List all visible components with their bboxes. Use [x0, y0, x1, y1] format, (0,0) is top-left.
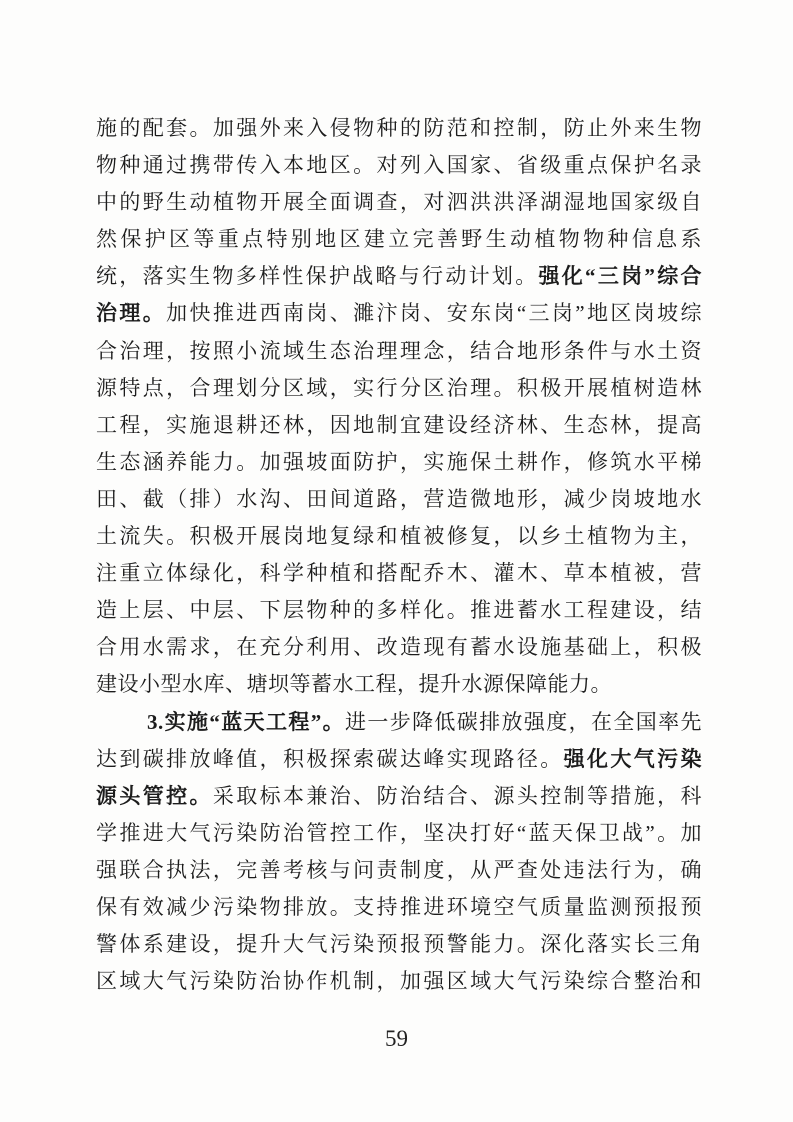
- text-segment: 中的野生动植物开展全面调查，对泗洪洪泽湖湿地国家级自: [96, 190, 702, 214]
- text-segment: 生态涵养能力。加强坡面防护，实施保土耕作，修筑水平梯: [96, 450, 702, 474]
- text-line: 源特点，合理划分区域，实行分区治理。积极开展植树造林: [96, 370, 702, 407]
- document-page: 施的配套。加强外来入侵物种的防范和控制，防止外来生物物种通过携带传入本地区。对列…: [0, 0, 793, 1122]
- page-number: 59: [0, 1026, 793, 1052]
- body-text: 施的配套。加强外来入侵物种的防范和控制，防止外来生物物种通过携带传入本地区。对列…: [96, 110, 702, 1000]
- text-line: 工程，实施退耕还林，因地制宜建设经济林、生态林，提高: [96, 407, 702, 444]
- text-segment: 土流失。积极开展岗地复绿和植被修复，以乡土植物为主，: [96, 524, 702, 548]
- text-line: 物种通过携带传入本地区。对列入国家、省级重点保护名录: [96, 147, 702, 184]
- text-line: 然保护区等重点特别地区建立完善野生动植物物种信息系: [96, 221, 702, 258]
- text-line: 造上层、中层、下层物种的多样化。推进蓄水工程建设，结: [96, 592, 702, 629]
- text-line: 统，落实生物多样性保护战略与行动计划。强化“三岗”综合: [96, 258, 702, 295]
- text-segment: 造上层、中层、下层物种的多样化。推进蓄水工程建设，结: [96, 598, 702, 622]
- text-segment: 田、截（排）水沟、田间道路，营造微地形，减少岗坡地水: [96, 487, 702, 511]
- text-line: 源头管控。采取标本兼治、防治结合、源头控制等措施，科: [96, 778, 702, 815]
- text-line: 3.实施“蓝天工程”。进一步降低碳排放强度，在全国率先: [96, 704, 702, 741]
- text-segment: 加快推进西南岗、濉汴岗、安东岗“三岗”地区岗坡综: [166, 301, 702, 325]
- text-segment: 工程，实施退耕还林，因地制宜建设经济林、生态林，提高: [96, 413, 702, 437]
- text-segment: 注重立体绿化，科学种植和搭配乔木、灌木、草本植被，营: [96, 561, 702, 585]
- text-segment: 区域大气污染防治协作机制，加强区域大气污染综合整治和: [96, 969, 702, 993]
- text-segment-bold: 3.实施“蓝天工程”。: [147, 710, 345, 734]
- text-segment: 物种通过携带传入本地区。对列入国家、省级重点保护名录: [96, 153, 702, 177]
- text-segment: 警体系建设，提升大气污染预报预警能力。深化落实长三角: [96, 932, 702, 956]
- text-segment: 建设小型水库、塘坝等蓄水工程，提升水源保障能力。: [96, 672, 612, 696]
- text-segment: 合用水需求，在充分利用、改造现有蓄水设施基础上，积极: [96, 635, 702, 659]
- text-segment-bold: 治理。: [96, 301, 166, 325]
- text-line: 土流失。积极开展岗地复绿和植被修复，以乡土植物为主，: [96, 518, 702, 555]
- text-segment-bold: 强化“三岗”综合: [538, 264, 702, 288]
- text-segment: 保有效减少污染物排放。支持推进环境空气质量监测预报预: [96, 895, 702, 919]
- text-line: 田、截（排）水沟、田间道路，营造微地形，减少岗坡地水: [96, 481, 702, 518]
- text-line: 保有效减少污染物排放。支持推进环境空气质量监测预报预: [96, 889, 702, 926]
- text-line: 合治理，按照小流域生态治理理念，结合地形条件与水土资: [96, 333, 702, 370]
- text-line: 治理。加快推进西南岗、濉汴岗、安东岗“三岗”地区岗坡综: [96, 295, 702, 332]
- text-line: 中的野生动植物开展全面调查，对泗洪洪泽湖湿地国家级自: [96, 184, 702, 221]
- text-segment-bold: 强化大气污染: [564, 747, 702, 771]
- text-segment: 达到碳排放峰值，积极探索碳达峰实现路径。: [96, 747, 564, 771]
- text-segment: 然保护区等重点特别地区建立完善野生动植物物种信息系: [96, 227, 702, 251]
- text-line: 达到碳排放峰值，积极探索碳达峰实现路径。强化大气污染: [96, 741, 702, 778]
- text-segment: 施的配套。加强外来入侵物种的防范和控制，防止外来生物: [96, 116, 702, 140]
- text-segment: 采取标本兼治、防治结合、源头控制等措施，科: [213, 784, 702, 808]
- text-segment: 合治理，按照小流域生态治理理念，结合地形条件与水土资: [96, 339, 702, 363]
- text-segment: 强联合执法，完善考核与问责制度，从严查处违法行为，确: [96, 858, 702, 882]
- text-line: 生态涵养能力。加强坡面防护，实施保土耕作，修筑水平梯: [96, 444, 702, 481]
- text-segment: 进一步降低碳排放强度，在全国率先: [345, 710, 702, 734]
- text-line: 强联合执法，完善考核与问责制度，从严查处违法行为，确: [96, 852, 702, 889]
- text-line: 区域大气污染防治协作机制，加强区域大气污染综合整治和: [96, 963, 702, 1000]
- text-line: 学推进大气污染防治管控工作，坚决打好“蓝天保卫战”。加: [96, 815, 702, 852]
- text-line: 建设小型水库、塘坝等蓄水工程，提升水源保障能力。: [96, 666, 702, 703]
- text-segment: 源特点，合理划分区域，实行分区治理。积极开展植树造林: [96, 376, 702, 400]
- text-segment-bold: 源头管控。: [96, 784, 213, 808]
- text-line: 合用水需求，在充分利用、改造现有蓄水设施基础上，积极: [96, 629, 702, 666]
- text-line: 注重立体绿化，科学种植和搭配乔木、灌木、草本植被，营: [96, 555, 702, 592]
- text-line: 警体系建设，提升大气污染预报预警能力。深化落实长三角: [96, 926, 702, 963]
- text-segment: 统，落实生物多样性保护战略与行动计划。: [96, 264, 538, 288]
- text-line: 施的配套。加强外来入侵物种的防范和控制，防止外来生物: [96, 110, 702, 147]
- text-segment: 学推进大气污染防治管控工作，坚决打好“蓝天保卫战”。加: [96, 821, 702, 845]
